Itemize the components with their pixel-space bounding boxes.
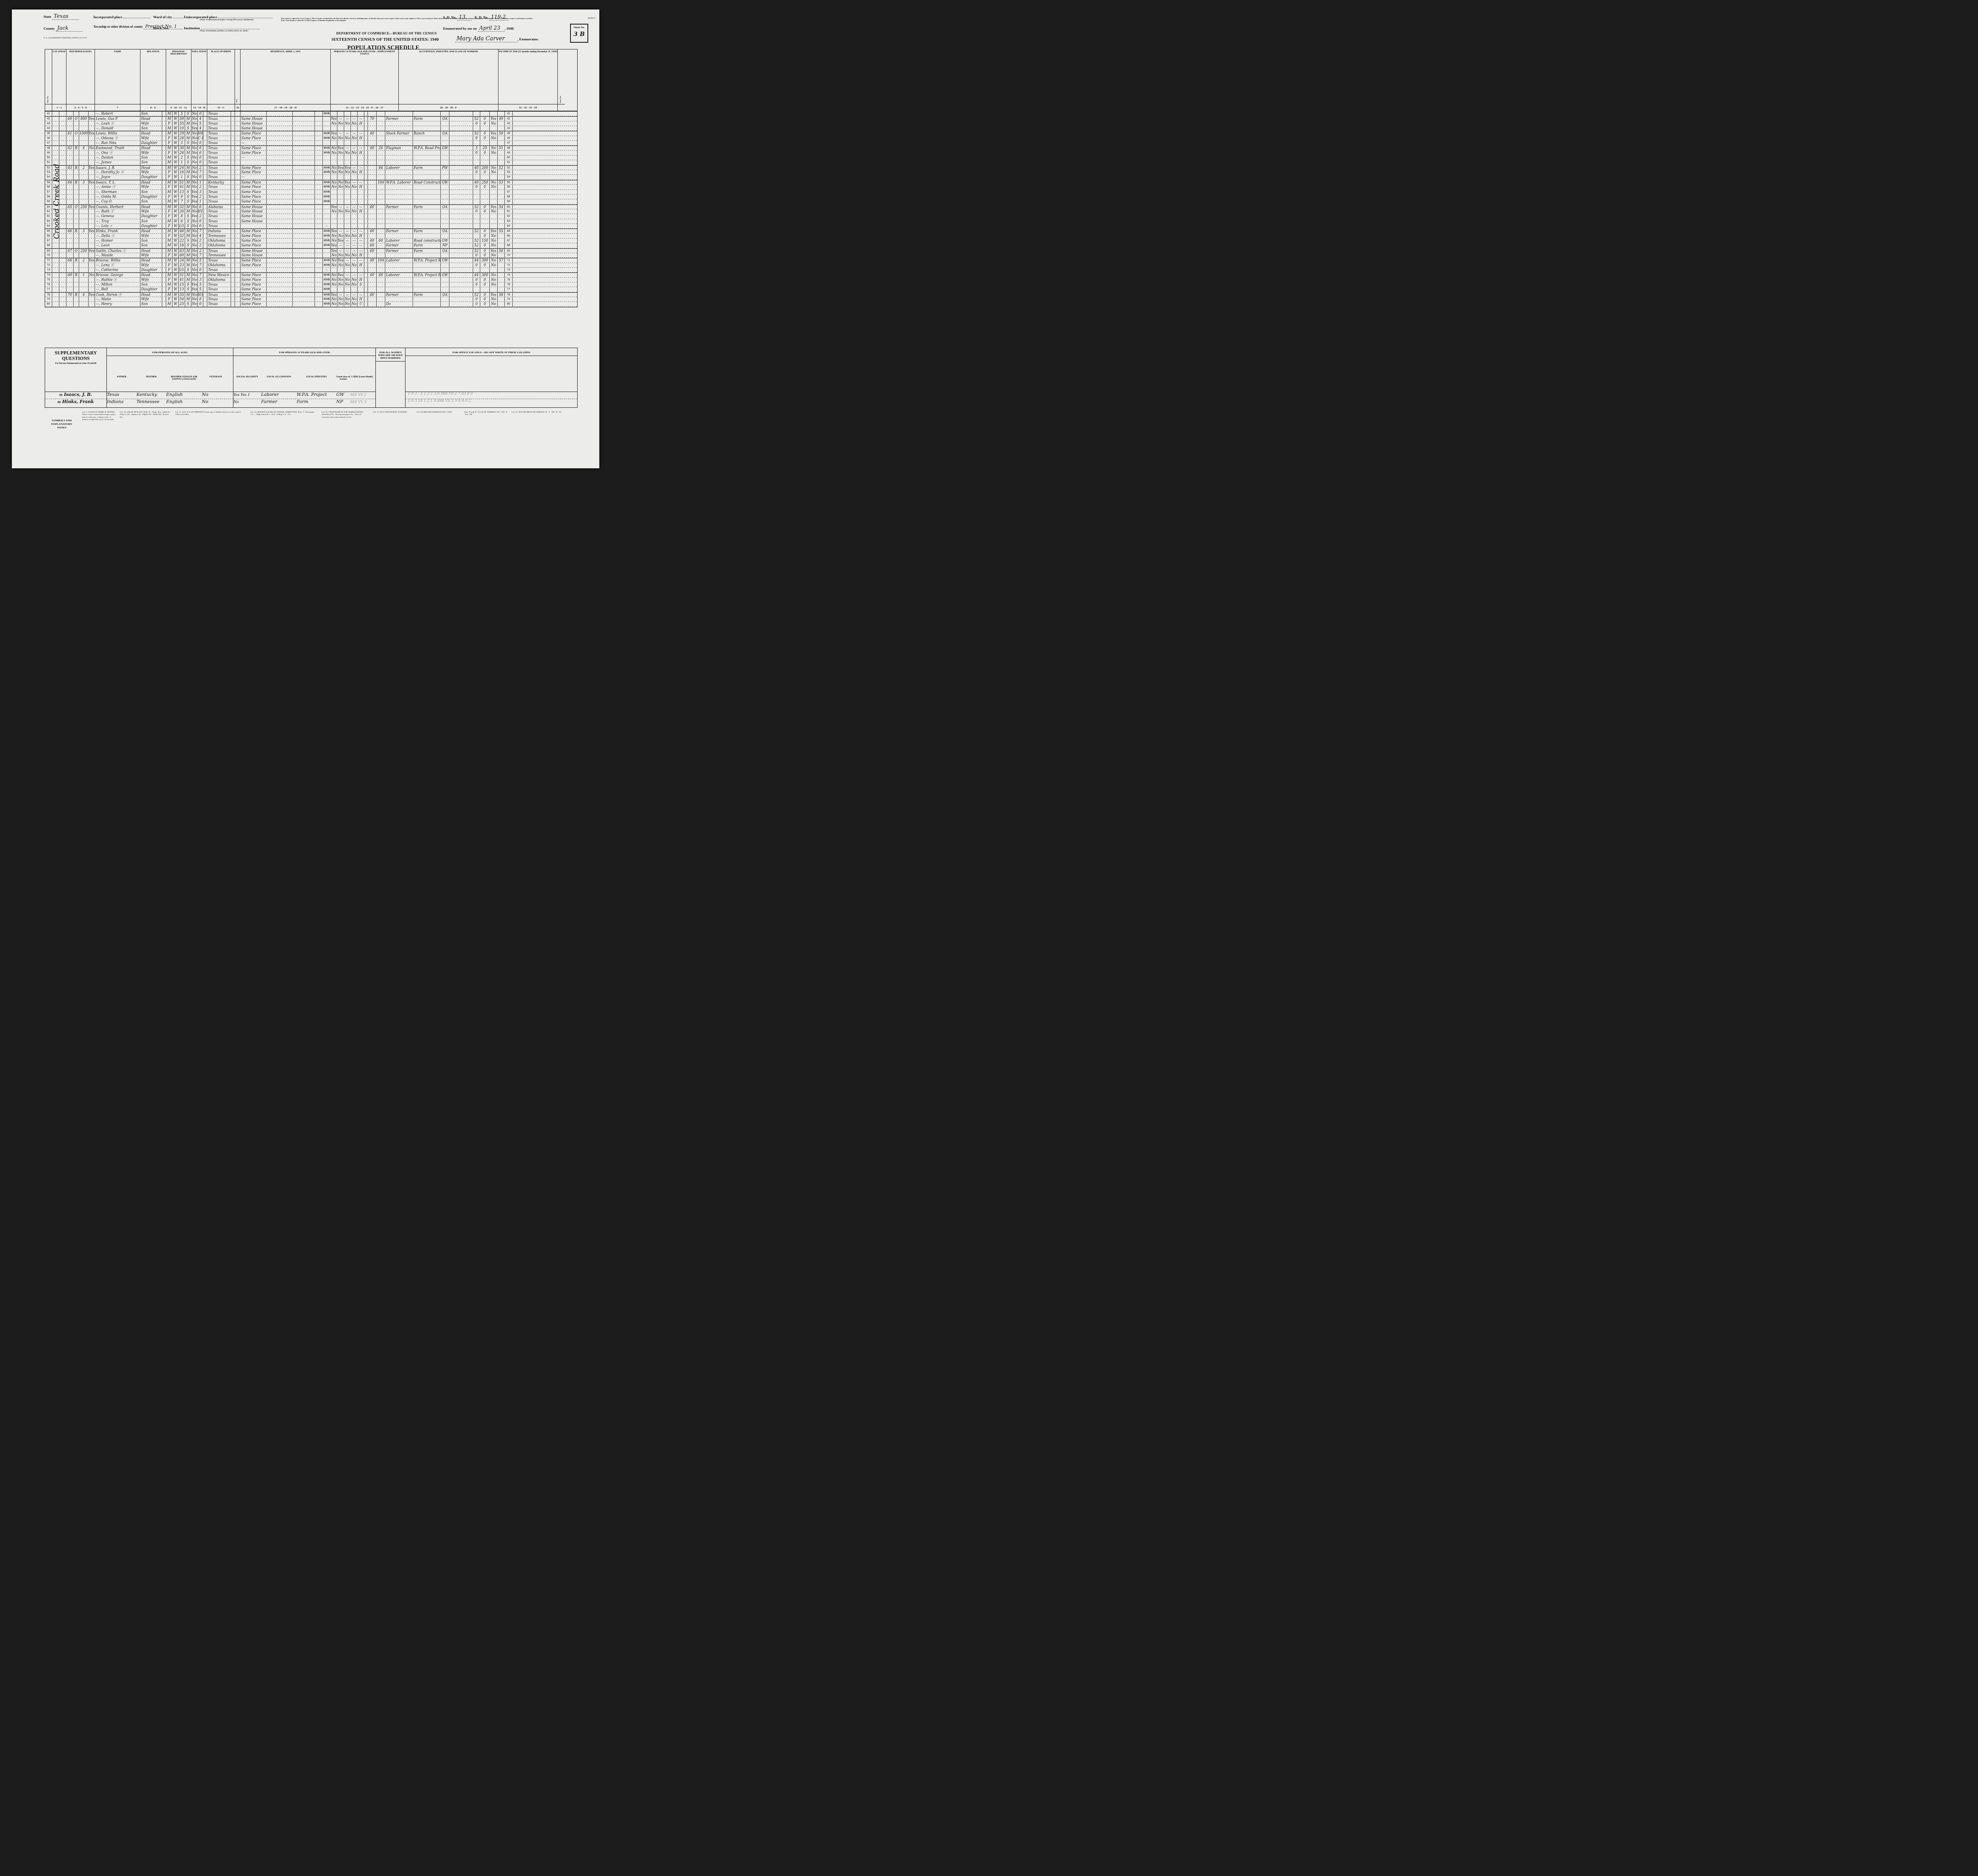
cell-wks: 0 xyxy=(473,282,480,287)
cell-rel: Wife xyxy=(140,185,162,189)
cell-w25: — xyxy=(358,117,364,121)
cell-rel: Daughter xyxy=(140,268,162,272)
table-row: 75—, Ruthie ⓧWifeFW41MNo3OklahomaSame Pl… xyxy=(45,278,577,282)
cell-w24: — xyxy=(351,293,358,297)
cell-occ xyxy=(385,160,413,165)
cell-codeA xyxy=(162,263,166,267)
cell-dur: 104 xyxy=(377,258,385,262)
cell-county xyxy=(267,146,293,150)
cell-codeC xyxy=(231,195,235,199)
cell-own xyxy=(74,268,79,272)
cell-farmno xyxy=(498,263,505,267)
table-row: 68—, LeonSonMW18SNo2OklahomaSame PlaceXO… xyxy=(45,243,577,248)
cell-w22: No xyxy=(337,253,344,257)
cell-codeB xyxy=(203,175,207,179)
cell-farmno xyxy=(498,190,505,194)
cell-dwelling: 63 xyxy=(66,166,74,170)
cell-mar: S xyxy=(185,243,191,248)
cell-house xyxy=(59,239,66,243)
cell-grade: 7 xyxy=(198,229,203,233)
cell-line: 63 xyxy=(505,219,513,223)
cell-farm xyxy=(89,112,95,116)
cell-farm xyxy=(89,253,95,257)
cell-line: 72 xyxy=(505,263,513,267)
cell-line: 64 xyxy=(45,224,52,228)
cell-codeB xyxy=(203,282,207,287)
cell-grade: 2 xyxy=(198,185,203,189)
cell-state xyxy=(293,209,315,214)
cell-farm: Yes xyxy=(89,293,95,297)
cell-w24: No xyxy=(351,151,358,155)
cell-cls xyxy=(441,112,449,116)
cell-mar: M xyxy=(185,293,191,297)
cell-oth xyxy=(490,126,498,131)
cell-w24: No xyxy=(351,185,358,189)
cell-codeE xyxy=(364,141,368,145)
cell-dwelling xyxy=(66,112,74,116)
cell-hrs xyxy=(368,112,377,116)
cell-dur xyxy=(377,199,385,204)
col-group-personal: PERSONAL DESCRIPTION9 · 10 · 11 · 12 xyxy=(166,49,191,111)
cell-codeA xyxy=(162,170,166,174)
table-rows: 41—, RobertSonMW5SNo0TexasXOVB414260O800… xyxy=(45,112,577,307)
cell-line: 74 xyxy=(505,273,513,277)
cell-line: 68 xyxy=(45,243,52,248)
cell-codeF xyxy=(449,239,473,243)
cell-ind xyxy=(413,219,441,223)
cell-ind xyxy=(413,112,441,116)
cell-county xyxy=(267,273,293,277)
cell-codeB xyxy=(203,160,207,165)
cell-wage: 0 xyxy=(480,117,490,121)
cell-codeB xyxy=(203,141,207,145)
cell-cit xyxy=(235,258,241,262)
cell-value xyxy=(79,112,89,116)
cell-state xyxy=(293,151,315,155)
cell-dwelling: 66 xyxy=(66,229,74,233)
cell-oth: No xyxy=(490,121,498,126)
cell-name: Cook, Heron ⓧ xyxy=(95,293,140,297)
cell-age: 51 xyxy=(179,273,185,277)
cell-codeE xyxy=(364,263,368,267)
cell-age: 18 xyxy=(179,243,185,248)
cell-w24: — xyxy=(351,166,358,170)
cell-oth: Yes xyxy=(490,131,498,135)
cell-wks xyxy=(473,224,480,228)
cell-school: No xyxy=(191,160,198,165)
cell-farm xyxy=(89,141,95,145)
cell-own xyxy=(74,136,79,140)
cell-rel: Daughter xyxy=(140,141,162,145)
cell-state xyxy=(293,185,315,189)
cell-onfarm xyxy=(315,229,323,233)
cell-mar: S xyxy=(185,160,191,165)
cell-ind xyxy=(413,287,441,292)
cell-dur xyxy=(377,151,385,155)
cell-wks xyxy=(473,234,480,238)
col-group-education: EDUCATION13 · 14 · B xyxy=(191,49,207,111)
table-row: 77—, BellDaughterFW13SYes5TexasSame Plac… xyxy=(45,287,577,292)
cell-codeE xyxy=(364,258,368,262)
cell-cls: GW xyxy=(441,258,449,262)
cell-w21 xyxy=(331,219,337,223)
cell-codeE xyxy=(364,229,368,233)
cell-w23: — xyxy=(344,205,351,209)
cell-codeB xyxy=(203,302,207,306)
cell-codeE xyxy=(364,131,368,135)
cell-line: 43 xyxy=(505,121,513,126)
cell-value xyxy=(79,190,89,194)
cell-cit xyxy=(235,146,241,150)
cell-codeF xyxy=(449,155,473,160)
cell-w22 xyxy=(337,268,344,272)
cell-stamp xyxy=(323,209,331,214)
cell-codeB xyxy=(203,205,207,209)
cell-rel: Wife xyxy=(140,297,162,301)
cell-wks xyxy=(473,199,480,204)
cell-dwelling xyxy=(66,160,74,165)
cell-occ xyxy=(385,151,413,155)
cell-farmno xyxy=(498,112,505,116)
cell-dwelling xyxy=(66,185,74,189)
cell-race: W xyxy=(172,287,179,292)
cell-dur xyxy=(377,282,385,287)
cell-rel: Head xyxy=(140,273,162,277)
cell-farm: Yes xyxy=(89,180,95,184)
cell-wks: 0 xyxy=(473,121,480,126)
cell-wage xyxy=(480,214,490,218)
cell-race: W xyxy=(172,234,179,238)
cell-mar: M xyxy=(185,117,191,121)
cell-w25: H xyxy=(358,185,364,189)
cell-sex: F xyxy=(166,195,172,199)
cell-wage xyxy=(480,224,490,228)
cell-codeC xyxy=(231,249,235,253)
cell-codeE xyxy=(364,175,368,179)
cell-farmno xyxy=(498,282,505,287)
cell-farmno xyxy=(498,126,505,131)
cell-state xyxy=(293,253,315,257)
cell-wks: 0 xyxy=(473,209,480,214)
cell-line: 46 xyxy=(505,136,513,140)
cell-sex: M xyxy=(166,249,172,253)
cell-occ xyxy=(385,263,413,267)
cell-sex: M xyxy=(166,302,172,306)
cell-cls: OA xyxy=(441,293,449,297)
cell-race: W xyxy=(172,121,179,126)
cell-dur xyxy=(377,219,385,223)
cell-birth: Texas xyxy=(207,258,231,262)
cell-hrs xyxy=(368,151,377,155)
cell-name: —, Golda M. xyxy=(95,195,140,199)
cell-cls xyxy=(441,185,449,189)
cell-w25: — xyxy=(358,180,364,184)
cell-line: 75 xyxy=(505,278,513,282)
cell-occ xyxy=(385,170,413,174)
cell-race: W xyxy=(172,166,179,170)
cell-house xyxy=(59,258,66,262)
cell-occ xyxy=(385,121,413,126)
cell-codeB xyxy=(203,258,207,262)
cell-value xyxy=(79,302,89,306)
cell-codeB xyxy=(203,249,207,253)
cell-school: No xyxy=(191,141,198,145)
cell-birth: Texas xyxy=(207,166,231,170)
cell-state xyxy=(293,219,315,223)
cell-school: No xyxy=(191,209,198,214)
cell-sex: F xyxy=(166,185,172,189)
cell-mar: M xyxy=(185,166,191,170)
cell-line: 60 xyxy=(505,205,513,209)
cell-line: 51 xyxy=(505,160,513,165)
cell-w23 xyxy=(344,126,351,131)
cell-dur: 26 xyxy=(377,146,385,150)
cell-hrs xyxy=(368,195,377,199)
cell-line: 47 xyxy=(45,141,52,145)
cell-codeE xyxy=(364,302,368,306)
cell-farm xyxy=(89,155,95,160)
cell-oth xyxy=(490,214,498,218)
cell-birth: Texas xyxy=(207,249,231,253)
cell-cls xyxy=(441,302,449,306)
cell-farm xyxy=(89,185,95,189)
cell-county xyxy=(267,180,293,184)
cell-line: 41 xyxy=(505,112,513,116)
cell-codeC xyxy=(231,219,235,223)
cell-race: W xyxy=(172,224,179,228)
cell-codeB xyxy=(203,117,207,121)
cell-onfarm xyxy=(315,239,323,243)
cell-state xyxy=(293,190,315,194)
supp-office-68: 1 0 3 18 1 2 1 9 888 VV 5 9 0 0 0 2 xyxy=(405,399,577,406)
cell-dwelling: 61 xyxy=(66,131,74,135)
cell-codeB xyxy=(203,297,207,301)
cell-grade: 6 xyxy=(198,146,203,150)
cell-dwelling xyxy=(66,121,74,126)
cell-dwelling xyxy=(66,155,74,160)
cell-state xyxy=(293,199,315,204)
cell-codeC xyxy=(231,229,235,233)
cell-school: Yes xyxy=(191,195,198,199)
cell-dwelling xyxy=(66,209,74,214)
cell-stamp: XOVB xyxy=(323,229,331,233)
cell-mar: M xyxy=(185,180,191,184)
cell-w22: No xyxy=(337,209,344,214)
cell-farm xyxy=(89,160,95,165)
cell-w25 xyxy=(358,199,364,204)
cell-stamp: XOVB xyxy=(323,151,331,155)
cell-occ: Farmer xyxy=(385,205,413,209)
cell-wks xyxy=(473,155,480,160)
cell-stamp xyxy=(323,205,331,209)
cell-w22 xyxy=(337,219,344,223)
table-row: 50—, DestonSonMW2SNo0Texas—50 xyxy=(45,155,577,160)
cell-mar: S xyxy=(185,190,191,194)
cell-codeB xyxy=(203,287,207,292)
cell-cit xyxy=(235,170,241,174)
cell-dwelling xyxy=(66,287,74,292)
cell-res: Same Place xyxy=(241,239,267,243)
cell-w23 xyxy=(344,112,351,116)
cell-codeA xyxy=(162,146,166,150)
cell-stamp: XOVB xyxy=(323,302,331,306)
cell-county xyxy=(267,229,293,233)
cell-w22: Yes xyxy=(337,273,344,277)
cell-codeB xyxy=(203,131,207,135)
cell-dur xyxy=(377,160,385,165)
table-row: 6566R3YesHinks, FrankHeadMW46MNo7Indiana… xyxy=(45,229,577,233)
table-row: 44—, DonaldSonMW10SYes4TexasSame House44 xyxy=(45,126,577,131)
cell-occ xyxy=(385,219,413,223)
cell-birth: Kentucky xyxy=(207,180,231,184)
cell-w23: No xyxy=(344,302,351,306)
cell-state xyxy=(293,273,315,277)
cell-wks: 40 xyxy=(473,180,480,184)
cell-res: Same House xyxy=(241,117,267,121)
cell-w21: No xyxy=(331,166,337,170)
cell-cls: GW xyxy=(441,180,449,184)
cell-stamp xyxy=(323,160,331,165)
cell-codeA xyxy=(162,136,166,140)
cell-codeF xyxy=(449,229,473,233)
table-row: 43—, Leah ⓧWifeFW55MNo5TexasSame HouseNo… xyxy=(45,121,577,126)
cell-dwelling xyxy=(66,175,74,179)
cell-cls xyxy=(441,209,449,214)
cell-age: 41 xyxy=(179,185,185,189)
cell-cit xyxy=(235,219,241,223)
cell-own: R xyxy=(74,229,79,233)
cell-oth: No xyxy=(490,282,498,287)
cell-codeF xyxy=(449,268,473,272)
cell-birth: Oklahoma xyxy=(207,239,231,243)
cell-school: No xyxy=(191,293,198,297)
sd-value: 13 xyxy=(457,14,472,21)
cell-wks: 0 xyxy=(473,297,480,301)
cell-race: W xyxy=(172,131,179,135)
cell-own xyxy=(74,121,79,126)
cell-codeE xyxy=(364,205,368,209)
cell-cls xyxy=(441,170,449,174)
cell-occ xyxy=(385,185,413,189)
cell-street xyxy=(52,297,59,301)
cell-codeB xyxy=(203,263,207,267)
cell-w23: No xyxy=(344,209,351,214)
cell-w24: — xyxy=(351,229,358,233)
cell-res: Same House xyxy=(241,209,267,214)
cell-codeA xyxy=(162,293,166,297)
cell-w22: No xyxy=(337,170,344,174)
cell-farmno xyxy=(498,302,505,306)
cell-age: 1 xyxy=(179,175,185,179)
cell-age: 60 xyxy=(179,253,185,257)
cell-cit xyxy=(235,239,241,243)
cell-line: 53 xyxy=(45,170,52,174)
cell-dwelling xyxy=(66,199,74,204)
cell-oth xyxy=(490,175,498,179)
table-row: 72—, Lena ⓧWifeFW23MNo7OklahomaSame Plac… xyxy=(45,263,577,268)
cell-res: Same Place xyxy=(241,190,267,194)
cell-occ xyxy=(385,195,413,199)
cell-wage: 300 xyxy=(480,273,490,277)
cell-farm xyxy=(89,268,95,272)
cell-line: 65 xyxy=(45,229,52,233)
cell-house xyxy=(59,146,66,150)
cell-rel: Head xyxy=(140,249,162,253)
cell-oth xyxy=(490,199,498,204)
cell-age: 59 xyxy=(179,117,185,121)
supp-row-55-name: 55 Isaacs, J. B. xyxy=(45,392,106,399)
cell-value xyxy=(79,121,89,126)
cell-age: 52 xyxy=(179,234,185,238)
cell-cls xyxy=(441,190,449,194)
cell-value: 1000 xyxy=(79,131,89,135)
cell-street xyxy=(52,282,59,287)
cell-w21: Yes xyxy=(331,131,337,135)
cell-stamp: XOVB xyxy=(323,287,331,292)
cell-sex: F xyxy=(166,121,172,126)
cell-occ xyxy=(385,199,413,204)
cell-house xyxy=(59,151,66,155)
cell-street xyxy=(52,278,59,282)
cell-stamp xyxy=(323,117,331,121)
county-field: County Jack xyxy=(44,25,83,32)
cell-cls: PW xyxy=(441,166,449,170)
cell-res: Same House xyxy=(241,249,267,253)
cell-race: W xyxy=(172,258,179,262)
cell-w22: Yes xyxy=(337,258,344,262)
cell-stamp xyxy=(323,253,331,257)
cell-dur xyxy=(377,268,385,272)
cell-house xyxy=(59,126,66,131)
cell-street xyxy=(52,112,59,116)
cell-codeC xyxy=(231,112,235,116)
cell-name: —, Robert xyxy=(95,112,140,116)
cell-line: 48 xyxy=(505,146,513,150)
cell-rel: Wife xyxy=(140,170,162,174)
cell-hrs xyxy=(368,155,377,160)
cell-sex: M xyxy=(166,112,172,116)
cell-mar: S xyxy=(185,214,191,218)
cell-mar: M xyxy=(185,263,191,267)
cell-value: 2 xyxy=(79,166,89,170)
cell-stamp: XOVB xyxy=(323,185,331,189)
cell-wks xyxy=(473,268,480,272)
cell-farmno xyxy=(498,297,505,301)
cell-state xyxy=(293,258,315,262)
cell-w21: No xyxy=(331,180,337,184)
cell-res xyxy=(241,160,267,165)
cell-name: —, Geneva xyxy=(95,214,140,218)
cell-ind: Farm xyxy=(413,229,441,233)
cell-sex: M xyxy=(166,160,172,165)
cell-school: No xyxy=(191,166,198,170)
cell-wks xyxy=(473,214,480,218)
cell-rel: Wife xyxy=(140,151,162,155)
cell-oth xyxy=(490,268,498,272)
cell-own xyxy=(74,160,79,165)
cell-name: —, Ruthie ⓧ xyxy=(95,278,140,282)
cell-codeC xyxy=(231,282,235,287)
cell-age: 41 xyxy=(179,278,185,282)
cell-own xyxy=(74,287,79,292)
cell-value xyxy=(79,243,89,248)
cell-line: 79 xyxy=(45,297,52,301)
cell-cit xyxy=(235,205,241,209)
cell-cit xyxy=(235,214,241,218)
cell-grade: C-1 xyxy=(198,136,203,140)
cell-onfarm xyxy=(315,131,323,135)
table-row: 59—, Coy O.SonMW7SYes1TexasSame PlaceXOV… xyxy=(45,199,577,204)
